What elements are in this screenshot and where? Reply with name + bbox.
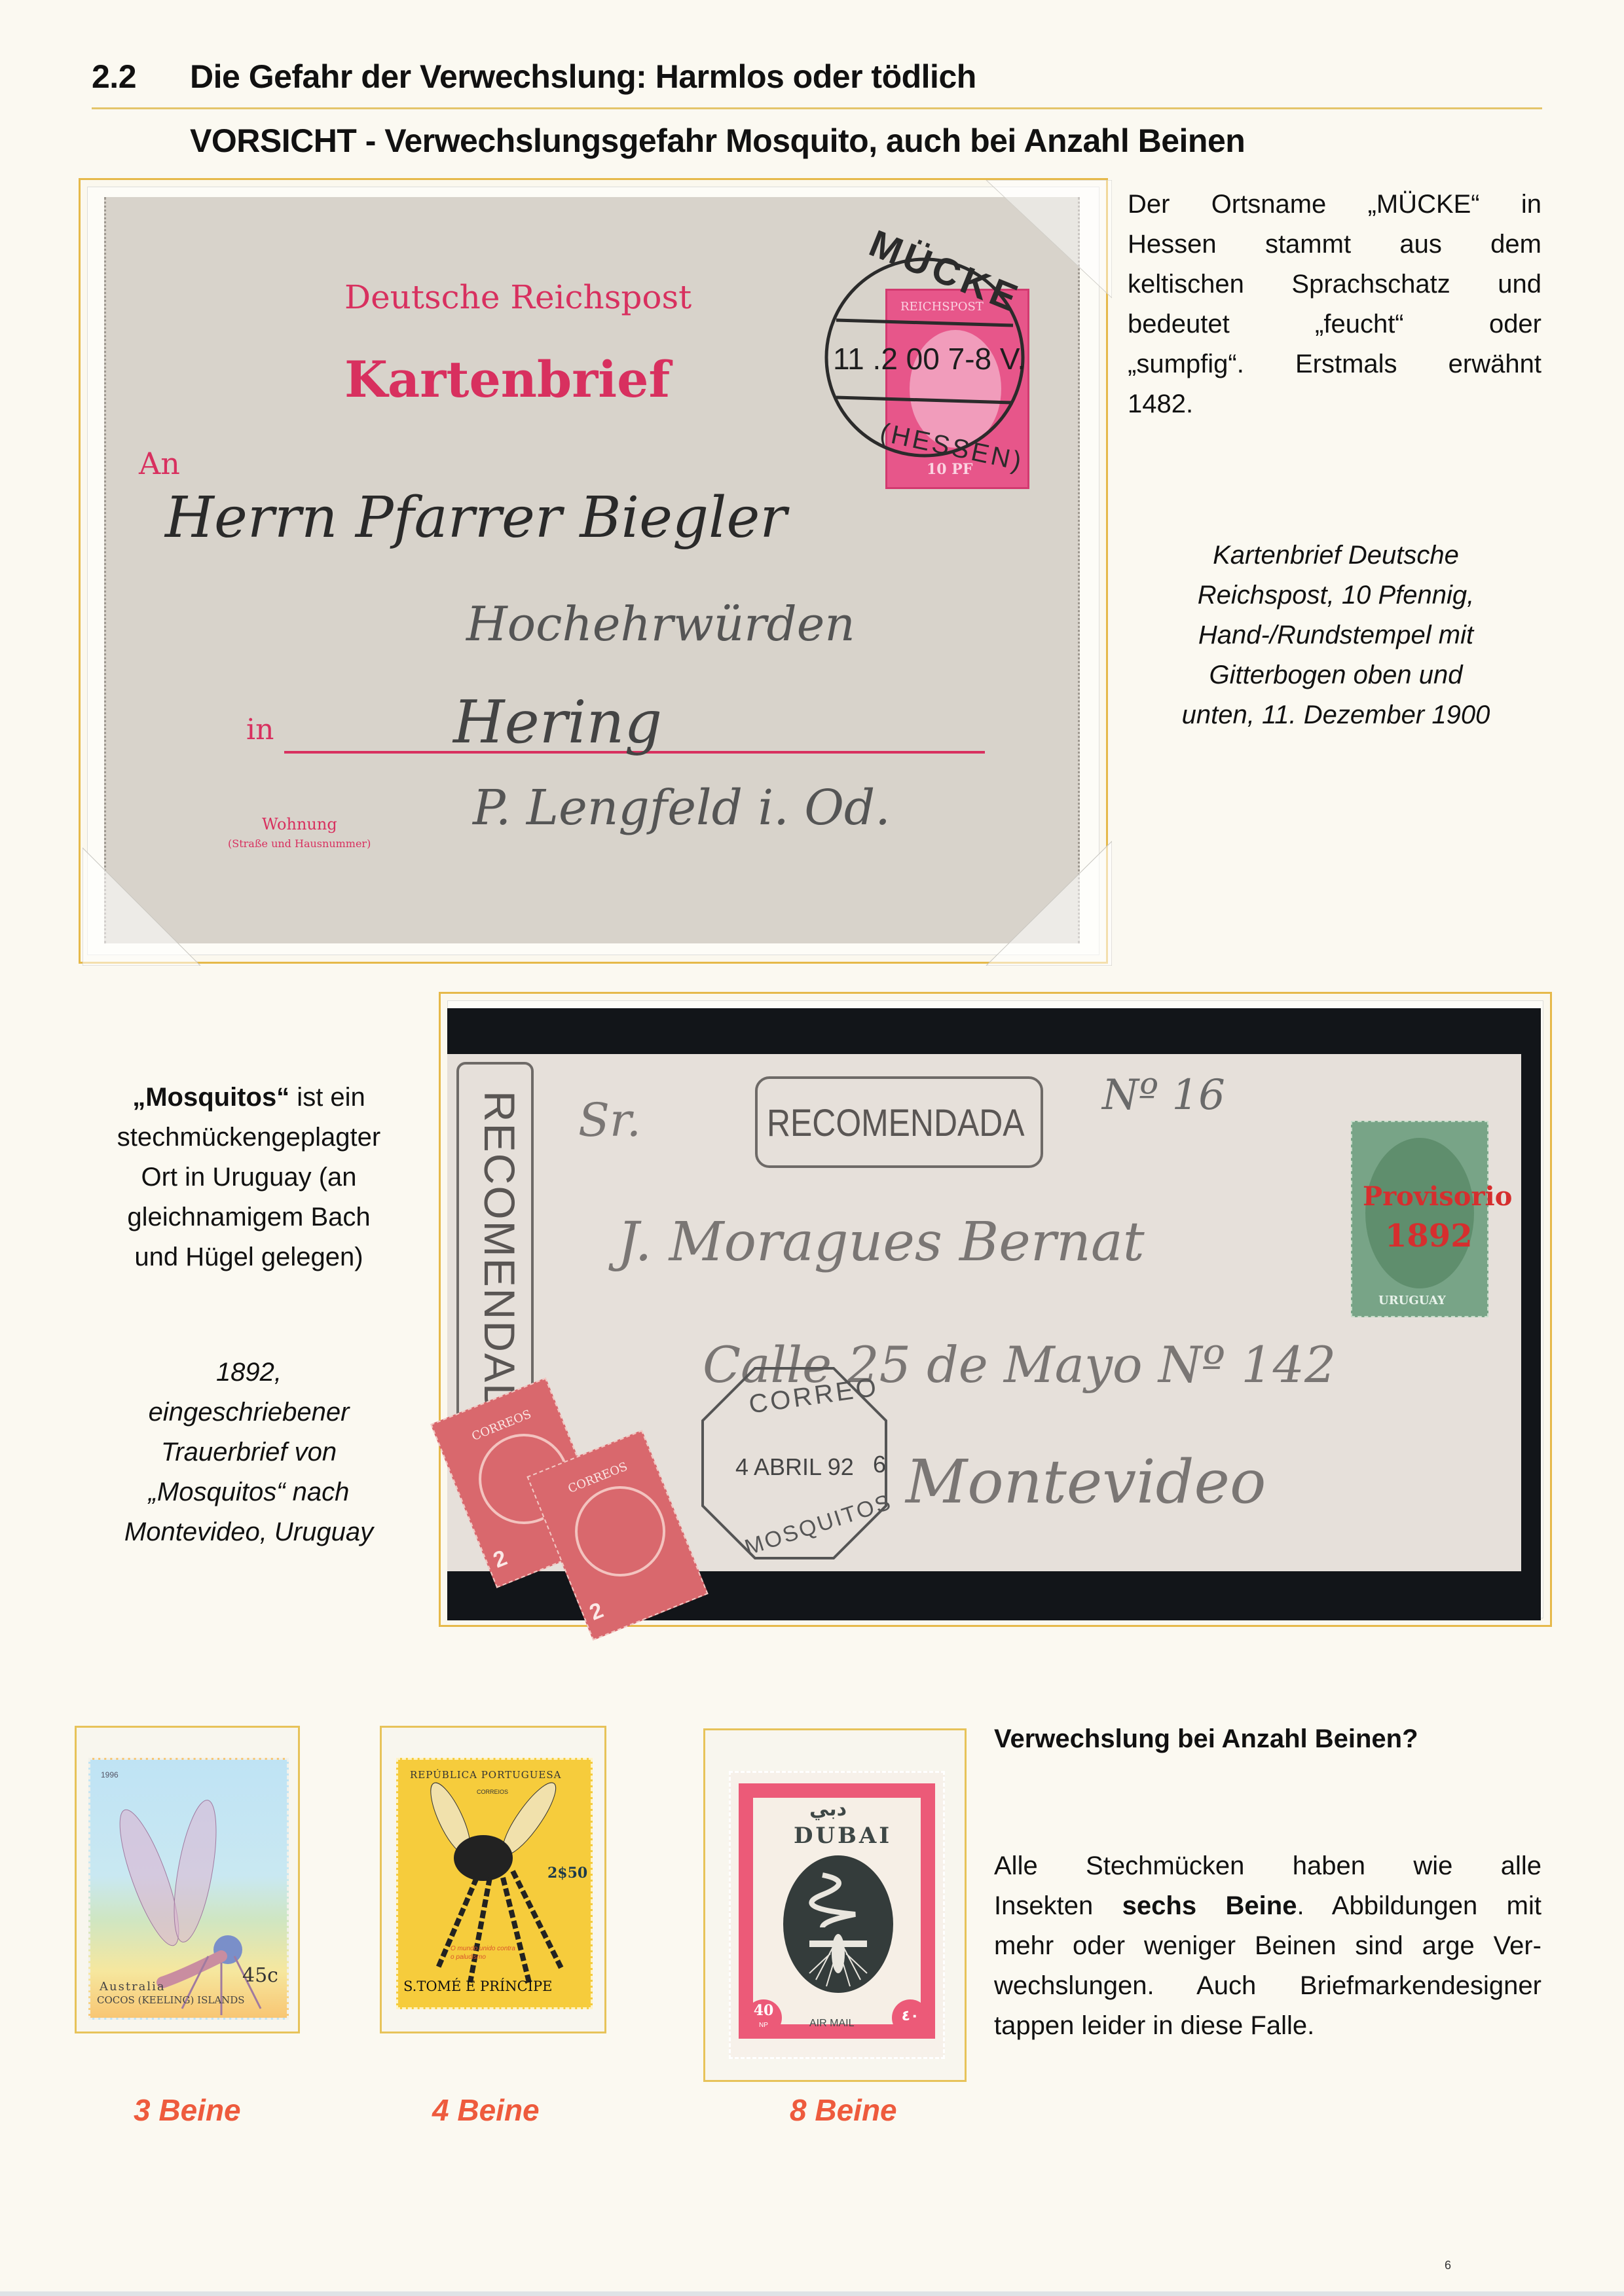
heading-divider	[92, 107, 1542, 109]
stamp-value-unit: NP	[745, 2022, 782, 2029]
stamp-value: 2	[586, 1597, 607, 1626]
description-line: tappen leider in diese Falle.	[994, 2006, 1541, 2046]
stamp-value: 2	[490, 1545, 511, 1573]
section-heading: 2.2Die Gefahr der Verwechslung: Harmlos …	[92, 58, 976, 96]
description-text: ist ein	[289, 1083, 365, 1112]
mourning-envelope: RECOMENDADA RECOMENDADA Nº 16 Sr. J. Mor…	[447, 1054, 1521, 1571]
legs-label-dubai: 8 Beine	[790, 2092, 897, 2128]
mosquitos-description: „Mosquitos“ ist ein stechmückengeplagter…	[72, 1078, 426, 1277]
uruguay-cover-exhibit: RECOMENDADA RECOMENDADA Nº 16 Sr. J. Mor…	[439, 992, 1552, 1627]
stamp-country: DUBAI	[794, 1823, 892, 1849]
kartenbrief-an-label: An	[139, 446, 180, 481]
description-line: gleichnamigem Bach	[72, 1197, 426, 1237]
overprint-year: 1892	[1385, 1218, 1473, 1254]
stamp-arabic-title: دبي	[809, 1798, 847, 1821]
stamp-cocos-islands: 1996 45c Australia COCOS (KEELING) ISLAN…	[75, 1726, 300, 2033]
postmark-date: 4 ABRIL 92	[735, 1453, 854, 1481]
muecke-description: Der Ortsname „MÜCKE“ in Hessen stammt au…	[1128, 185, 1541, 424]
value-circle-left: 40 NP	[745, 1999, 782, 2036]
description-text: Insekten	[994, 1891, 1122, 1920]
caption-line: 1892,	[72, 1353, 426, 1393]
stamp-sao-tome: REPÚBLICA PORTUGUESA CORREIOS 2$50 O mun…	[380, 1726, 606, 2033]
kartenbrief-title: Kartenbrief	[344, 350, 670, 409]
description-line: 1482.	[1128, 384, 1541, 424]
handwritten-title: Hochehrwürden	[466, 596, 855, 651]
caption-line: Kartenbrief Deutsche	[1126, 536, 1545, 575]
kartenbrief-wohnung-label: Wohnung	[262, 815, 337, 833]
uruguay-caption: 1892, eingeschriebener Trauerbrief von „…	[72, 1353, 426, 1552]
handwritten-salutation: Sr.	[578, 1093, 641, 1147]
stamp-cocos-image: 1996 45c Australia COCOS (KEELING) ISLAN…	[88, 1758, 289, 2020]
stamp-dubai-image: دبي DUBAI 40 NP ٤٠ AIR MAIL	[729, 1771, 945, 2059]
stamp-country: URUGUAY	[1378, 1294, 1446, 1307]
description-line: „Mosquitos“ ist ein	[72, 1078, 426, 1118]
description-line: Ort in Uruguay (an	[72, 1157, 426, 1197]
description-line: „sumpfig“. Erstmals erwähnt	[1128, 344, 1541, 384]
handwritten-post: P. Lengfeld i. Od.	[473, 780, 891, 836]
kartenbrief-caption: Kartenbrief Deutsche Reichspost, 10 Pfen…	[1126, 536, 1545, 735]
handwritten-town: Hering	[453, 688, 662, 757]
legs-label-sao-tome: 4 Beine	[432, 2092, 540, 2128]
description-line: bedeutet „feucht“ oder	[1128, 304, 1541, 344]
handwritten-city: Montevideo	[906, 1447, 1266, 1517]
stamp-country: Australia	[100, 1980, 166, 1994]
legs-heading: Verwechslung bei Anzahl Beinen?	[994, 1724, 1418, 1754]
description-line: Insekten sechs Beine. Abbildungen mit	[994, 1886, 1541, 1926]
description-line: und Hügel gelegen)	[72, 1237, 426, 1277]
kartenbrief-wohnung-sublabel: (Straße und Hausnummer)	[228, 837, 371, 850]
page-bottom-edge	[0, 2291, 1624, 2296]
postmark-date: 11 .2 00 7-8 V.	[833, 341, 1025, 376]
section-number: 2.2	[92, 58, 190, 96]
malaria-emblem-icon	[783, 1855, 893, 1993]
mosquito-emblem-icon	[783, 1855, 893, 1993]
stamp-value: 45c	[242, 1964, 278, 1987]
kartenbrief-header: Deutsche Reichspost	[344, 278, 692, 316]
stamp-year: 1996	[101, 1770, 119, 1779]
kartenbrief-in-label: in	[246, 713, 274, 746]
description-line: wechslungen. Auch Briefmarkendesigner	[994, 1966, 1541, 2006]
description-text: . Abbildungen mit	[1297, 1891, 1541, 1920]
caption-line: Montevideo, Uruguay	[72, 1512, 426, 1552]
caption-line: unten, 11. Dezember 1900	[1126, 695, 1545, 735]
stamp-oval	[1365, 1138, 1474, 1288]
stamp-value: 2$50	[547, 1865, 587, 1882]
section-title: Die Gefahr der Verwechslung: Harmlos ode…	[190, 58, 976, 95]
stamp-sao-tome-image: REPÚBLICA PORTUGUESA CORREIOS 2$50 O mun…	[396, 1758, 593, 2009]
stamp-air-mail: AIR MAIL	[809, 2018, 854, 2030]
page-number: 6	[1445, 2259, 1451, 2272]
registered-mark-box: RECOMENDADA	[755, 1076, 1043, 1168]
caption-line: Hand-/Rundstempel mit	[1126, 615, 1545, 655]
handwritten-recipient: Herrn Pfarrer Biegler	[165, 485, 787, 551]
description-line: Hessen stammt aus dem	[1128, 225, 1541, 264]
description-line: keltischen Sprachschatz und	[1128, 264, 1541, 304]
stamp-arabic-value: ٤٠	[892, 1999, 929, 2032]
legs-label-cocos: 3 Beine	[134, 2092, 241, 2128]
description-line: mehr oder weniger Beinen sind arge Ver-	[994, 1926, 1541, 1966]
description-line: stechmückengeplagter	[72, 1118, 426, 1157]
description-line: Der Ortsname „MÜCKE“ in	[1128, 185, 1541, 225]
caption-line: Reichspost, 10 Pfennig,	[1126, 575, 1545, 615]
stamp-value: 40	[745, 1999, 782, 2022]
stamp-dubai: دبي DUBAI 40 NP ٤٠ AIR MAIL	[703, 1728, 967, 2082]
registered-mark-text: RECOMENDADA	[767, 1101, 1025, 1145]
overprint-text: Provisorio	[1363, 1181, 1512, 1212]
caption-line: „Mosquitos“ nach	[72, 1472, 426, 1512]
mosquito-illustration-icon	[398, 1760, 593, 2009]
legs-description: Alle Stechmücken haben wie alle Insekten…	[994, 1846, 1541, 2046]
caption-line: Gitterbogen oben und	[1126, 655, 1545, 695]
mosquitos-bold: „Mosquitos“	[132, 1083, 289, 1112]
green-provisorio-stamp: Provisorio 1892 URUGUAY	[1351, 1121, 1488, 1317]
page-subtitle: VORSICHT - Verwechslungsgefahr Mosquito,…	[190, 122, 1245, 160]
caption-line: Trauerbrief von	[72, 1432, 426, 1472]
number-note: Nº 16	[1102, 1071, 1225, 1120]
postmark-side: 6	[873, 1451, 886, 1478]
caption-line: eingeschriebener	[72, 1393, 426, 1432]
kartenbrief-card: Deutsche Reichspost Kartenbrief An in Wo…	[104, 197, 1080, 943]
stamp-country: S.TOMÉ E PRÍNCIPE	[403, 1978, 552, 1994]
six-legs-bold: sechs Beine	[1122, 1891, 1297, 1920]
value-circle-right: ٤٠	[892, 1999, 929, 2036]
stamp-country-sub: COCOS (KEELING) ISLANDS	[97, 1994, 245, 2006]
kartenbrief-exhibit: Deutsche Reichspost Kartenbrief An in Wo…	[79, 178, 1108, 964]
stamp-slogan: O mundo unido contra o paludismo	[451, 1944, 516, 1961]
handwritten-recipient: J. Moragues Bernat	[618, 1211, 1145, 1273]
description-line: Alle Stechmücken haben wie alle	[994, 1846, 1541, 1886]
